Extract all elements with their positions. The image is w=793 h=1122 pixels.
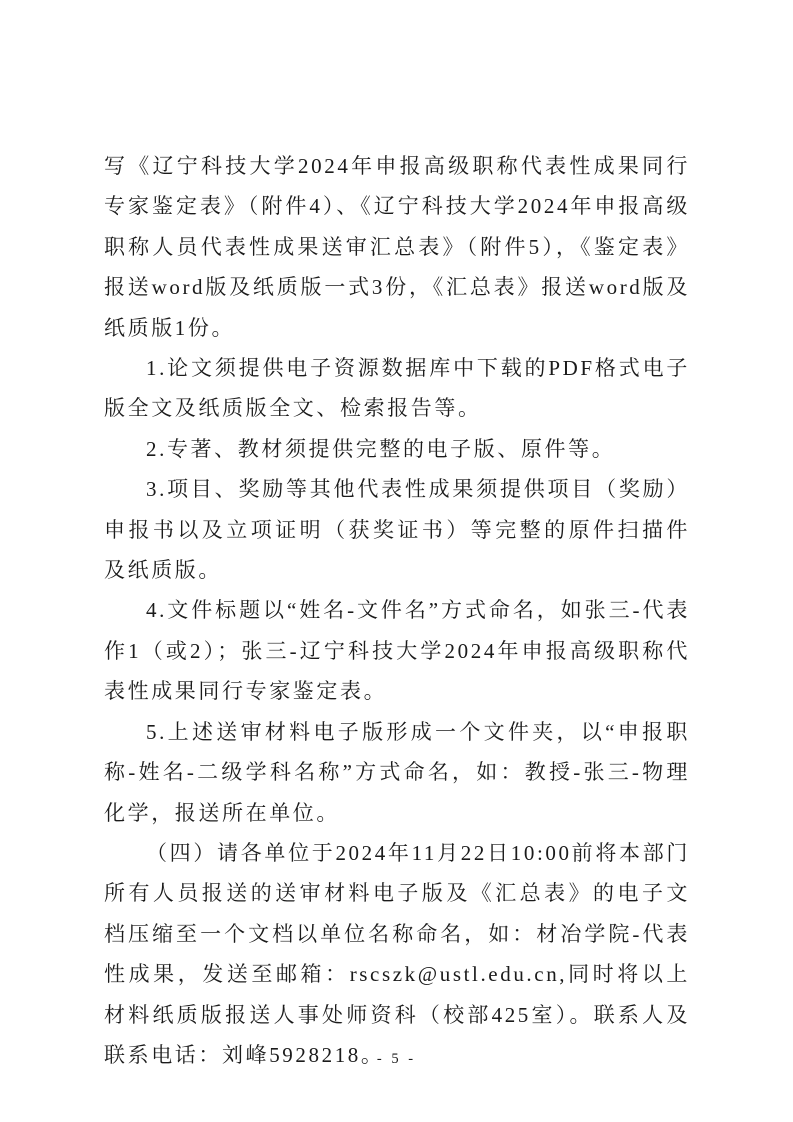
paragraph-item-5: 5.上述送审材料电子版形成一个文件夹，以“申报职称-姓名-二级学科名称”方式命名… [104, 712, 690, 833]
paragraph-item-4: 4.文件标题以“姓名-文件名”方式命名，如张三-代表作1（或2）；张三-辽宁科技… [104, 590, 690, 711]
document-page: 写《辽宁科技大学2024年申报高级职称代表性成果同行专家鉴定表》（附件4）、《辽… [0, 0, 793, 1122]
paragraph-continuation: 写《辽宁科技大学2024年申报高级职称代表性成果同行专家鉴定表》（附件4）、《辽… [104, 146, 690, 348]
paragraph-item-3: 3.项目、奖励等其他代表性成果须提供项目（奖励）申报书以及立项证明（获奖证书）等… [104, 469, 690, 590]
page-footer: - 5 - [0, 1050, 793, 1068]
page-number: - 5 - [377, 1051, 416, 1067]
paragraph-section-4: （四）请各单位于2024年11月22日10:00前将本部门所有人员报送的送审材料… [104, 833, 690, 1075]
paragraph-item-2: 2.专著、教材须提供完整的电子版、原件等。 [104, 429, 690, 469]
paragraph-item-1: 1.论文须提供电子资源数据库中下载的PDF格式电子版全文及纸质版全文、检索报告等… [104, 348, 690, 429]
document-body: 写《辽宁科技大学2024年申报高级职称代表性成果同行专家鉴定表》（附件4）、《辽… [104, 146, 690, 1075]
